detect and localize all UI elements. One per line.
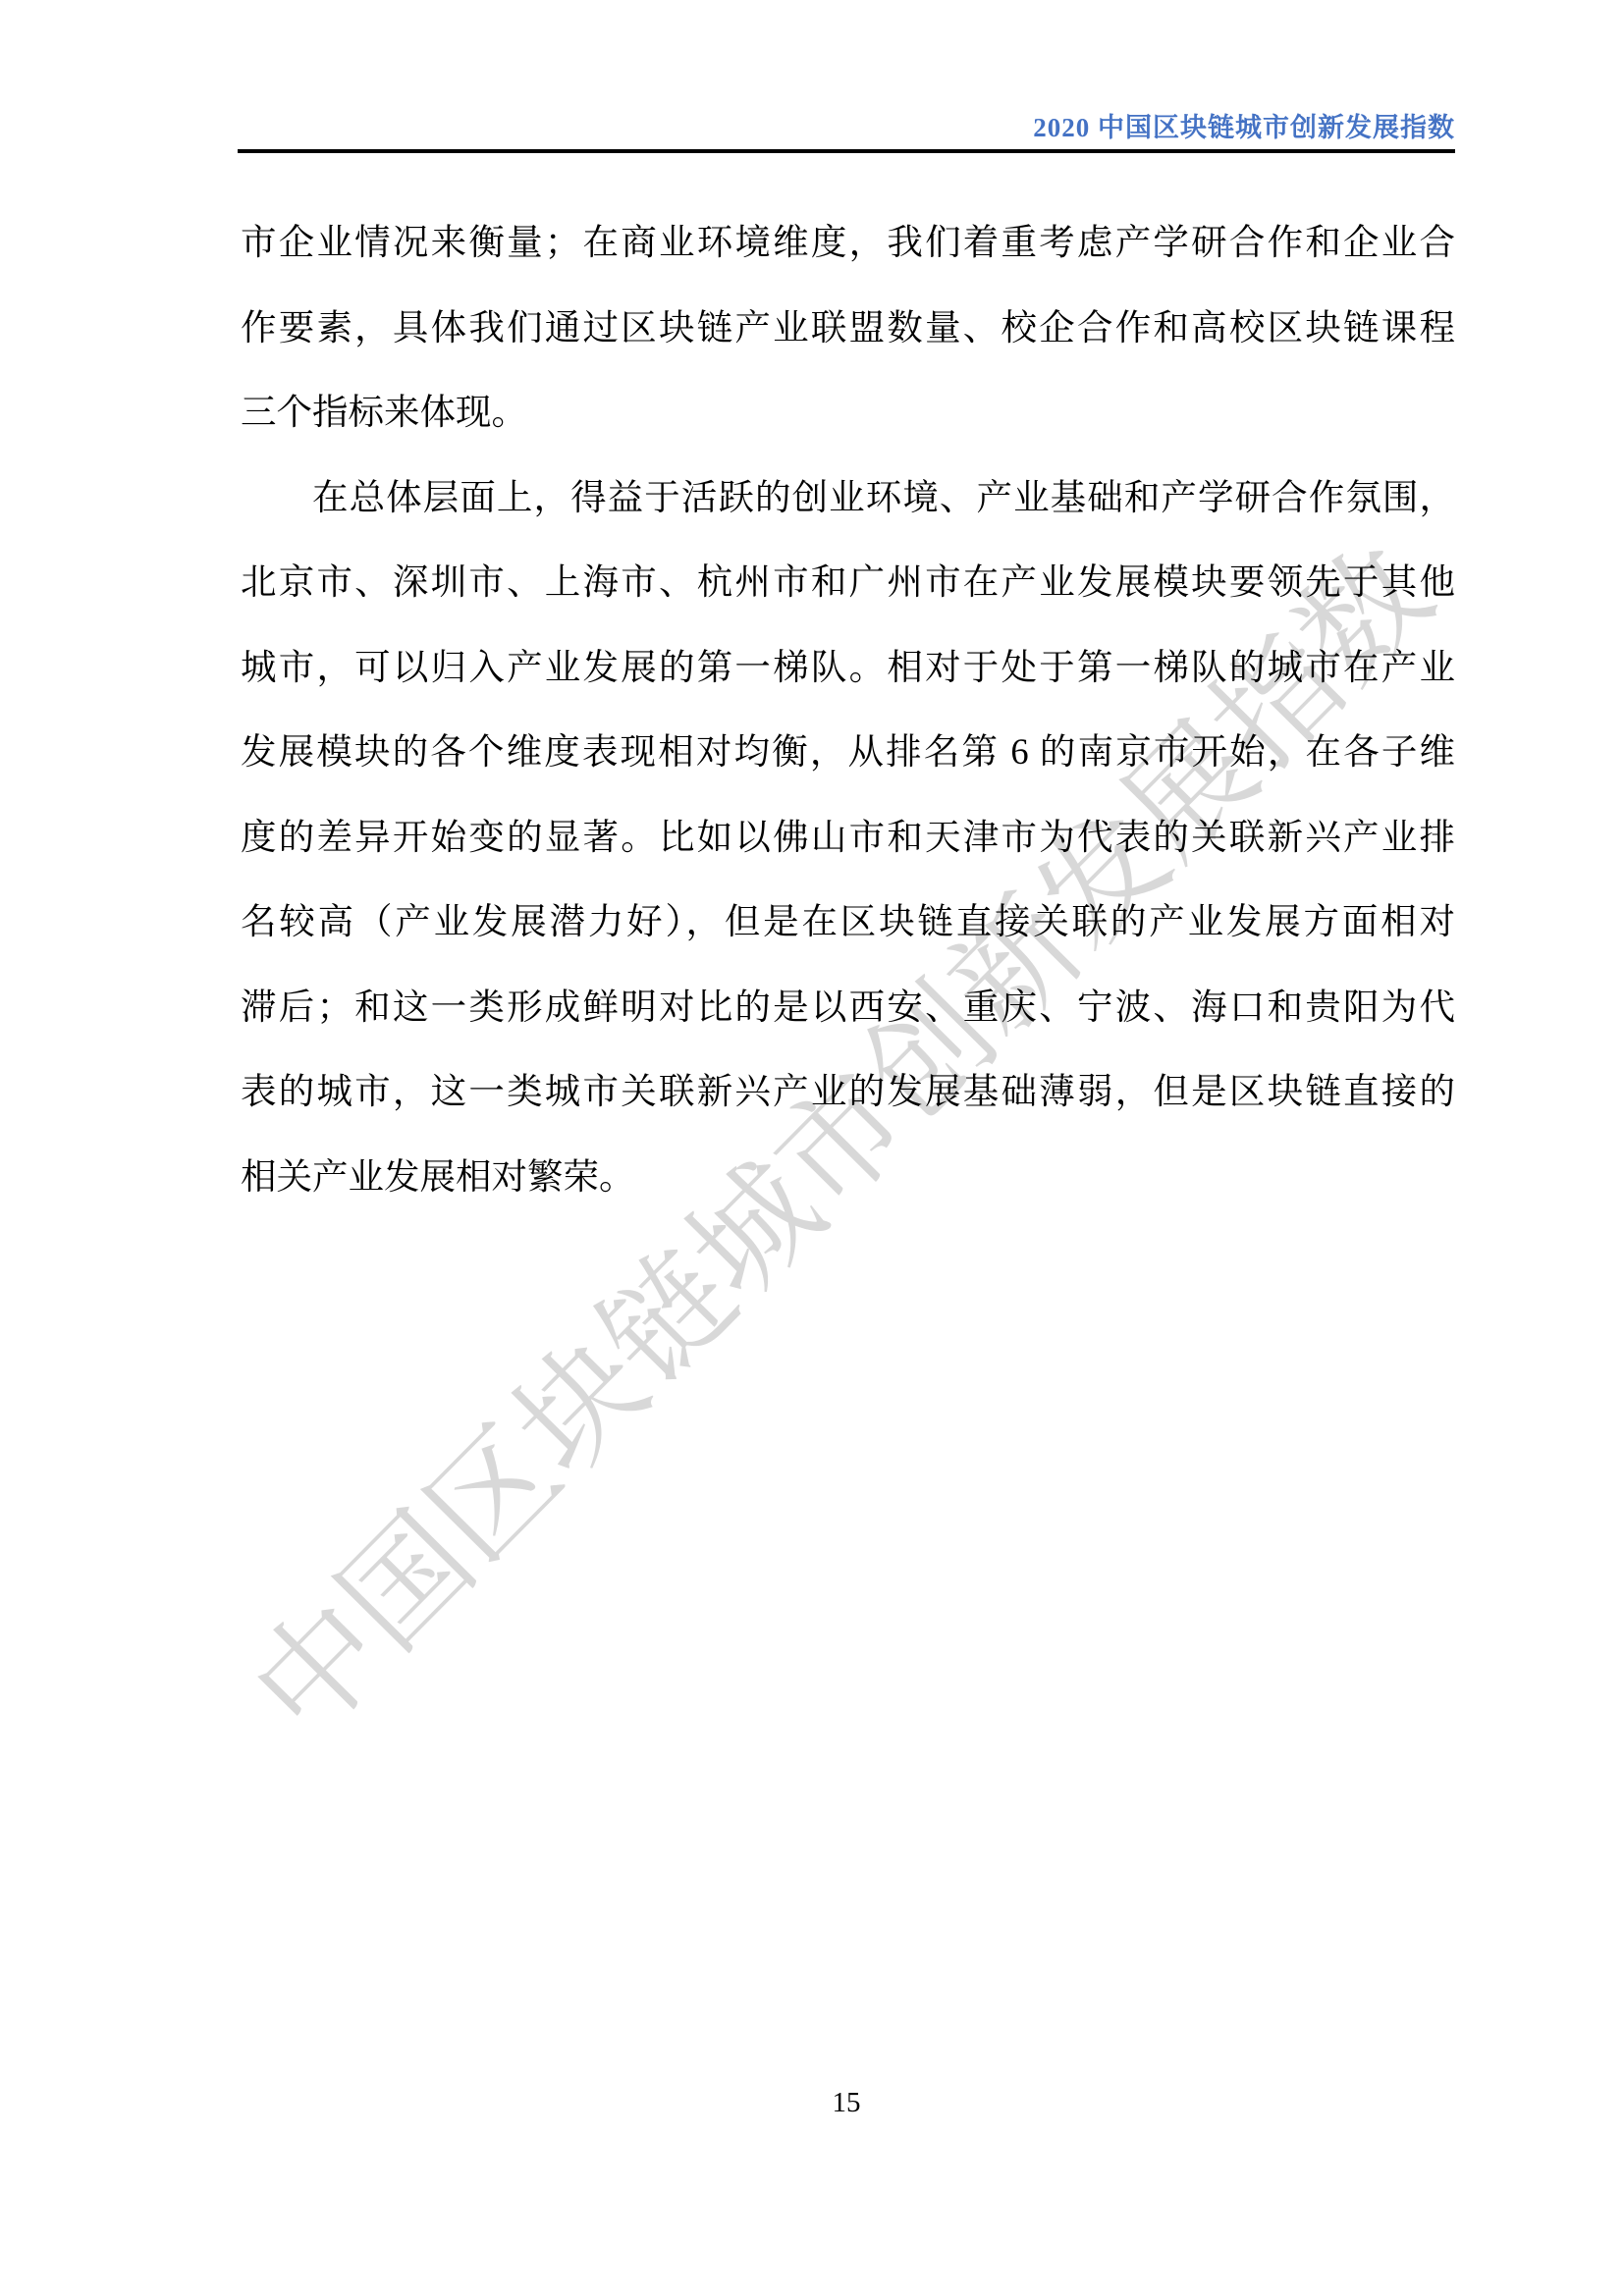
- body-line: 在总体层面上，得益于活跃的创业环境、产业基础和产学研合作氛围，: [241, 455, 1455, 541]
- body-line: 名较高（产业发展潜力好），但是在区块链直接关联的产业发展方面相对: [241, 880, 1455, 965]
- body-line: 滞后；和这一类形成鲜明对比的是以西安、重庆、宁波、海口和贵阳为代: [241, 965, 1455, 1050]
- body-line: 相关产业发展相对繁荣。: [241, 1135, 1455, 1220]
- page-header-title: 2020 中国区块链城市创新发展指数: [238, 106, 1455, 144]
- body-line: 作要素，具体我们通过区块链产业联盟数量、校企合作和高校区块链课程: [241, 286, 1455, 371]
- body-line: 发展模块的各个维度表现相对均衡，从排名第 6 的南京市开始，在各子维: [241, 710, 1455, 795]
- body-line: 三个指标来体现。: [241, 370, 1455, 455]
- body-line: 市企业情况来衡量；在商业环境维度，我们着重考虑产学研合作和企业合: [241, 200, 1455, 286]
- document-page: 中国区块链城市创新发展指数 2020 中国区块链城市创新发展指数 市企业情况来衡…: [0, 0, 1624, 2296]
- page-number: 15: [238, 2087, 1455, 2119]
- body-text-block: 市企业情况来衡量；在商业环境维度，我们着重考虑产学研合作和企业合 作要素，具体我…: [241, 200, 1455, 1219]
- header-divider-rule: [238, 149, 1455, 153]
- body-line: 表的城市，这一类城市关联新兴产业的发展基础薄弱，但是区块链直接的: [241, 1049, 1455, 1135]
- body-line: 度的差异开始变的显著。比如以佛山市和天津市为代表的关联新兴产业排: [241, 795, 1455, 881]
- body-line: 城市，可以归入产业发展的第一梯队。相对于处于第一梯队的城市在产业: [241, 625, 1455, 711]
- body-line: 北京市、深圳市、上海市、杭州市和广州市在产业发展模块要领先于其他: [241, 540, 1455, 625]
